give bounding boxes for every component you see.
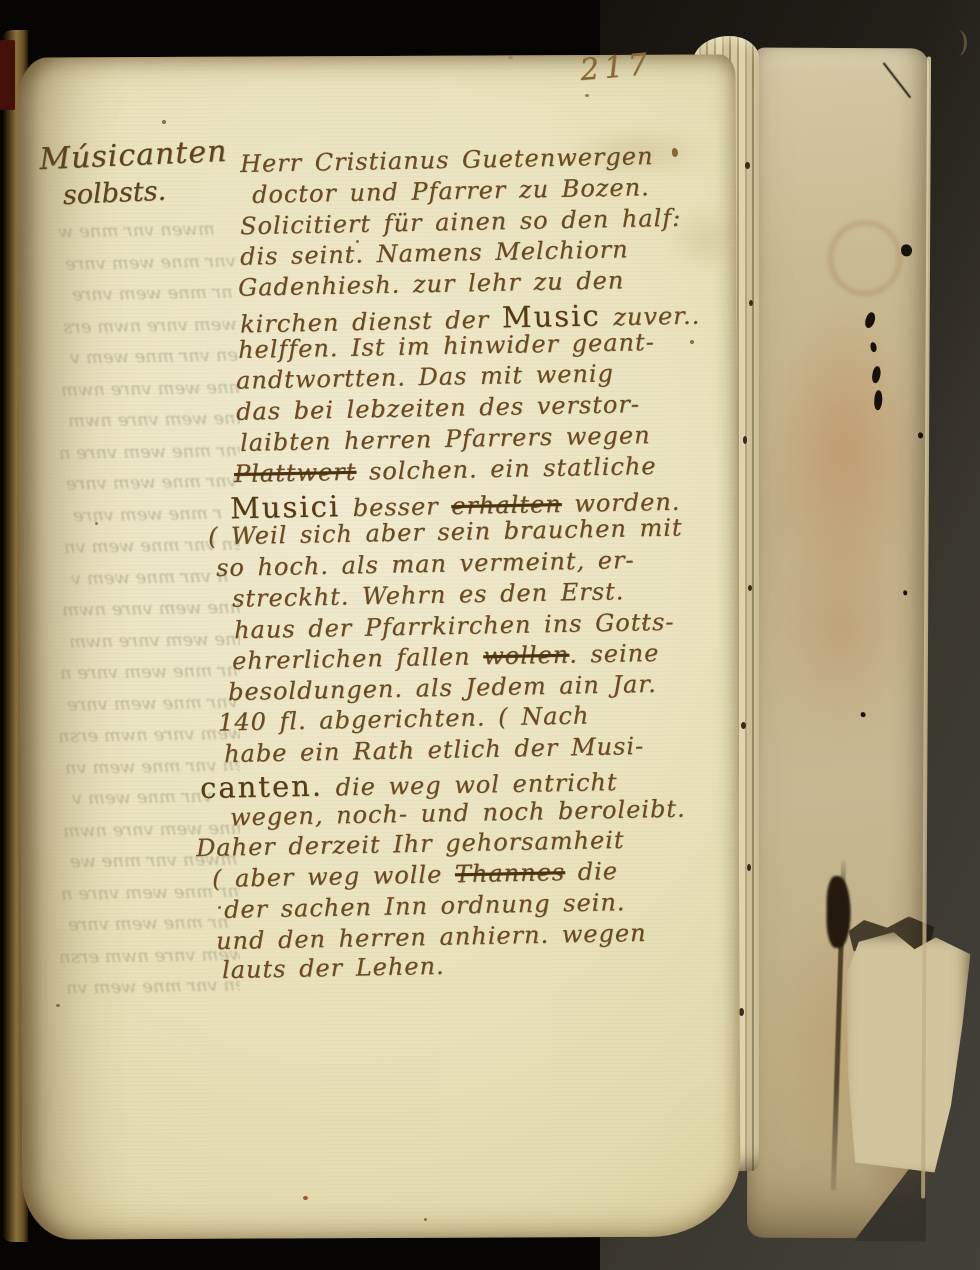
margin-note-line: Músicanten xyxy=(39,134,229,177)
manuscript-scan: mwen vnr mne wn vnr mne wem vnre nr mne … xyxy=(0,0,980,1270)
bleedthrough-line: vnr mne wem v xyxy=(72,786,213,809)
margin-note: Músicanten solbsts. xyxy=(39,134,230,212)
bleedthrough-line: mwen vnr mne w xyxy=(58,220,215,242)
bleedthrough-line: vnr mne wem vnre xyxy=(67,691,238,715)
ink-speck xyxy=(918,432,923,438)
foxing-spot xyxy=(642,622,645,625)
page-edge-fleck xyxy=(748,585,752,591)
bleedthrough-line: mne wem vnre nwm ersn xyxy=(59,942,240,967)
cover-stain xyxy=(770,518,911,739)
foxing-spot xyxy=(218,906,221,909)
bleedthrough-line: nr mne wem vnre xyxy=(72,282,233,306)
bleedthrough-text: mwen vnr mne wn vnr mne wem vnre nr mne … xyxy=(58,220,240,1025)
page-edge-fleck xyxy=(743,436,747,444)
bleedthrough-line: mne wem vnre nwm xyxy=(68,407,240,431)
page-edge-fleck xyxy=(741,722,746,729)
foxing-spot xyxy=(585,94,589,97)
cover-corner-crease xyxy=(883,62,911,98)
bleedthrough-line: vnr mne wem vnre xyxy=(66,471,237,495)
foxing-spot xyxy=(424,1218,427,1221)
bleedthrough-line: n vnr mne wem v xyxy=(71,565,229,589)
page-edge-fleck xyxy=(745,162,750,169)
bleedthrough-line: wen vnr mne wem vnre n xyxy=(59,438,240,463)
page-edge-fleck xyxy=(747,864,751,871)
foxing-spot xyxy=(356,240,359,243)
foxing-spot xyxy=(690,340,694,344)
page-edge-fleck xyxy=(739,1008,744,1016)
foxing-spot xyxy=(95,522,98,525)
bleedthrough-line: mne wem vnre nwm ers xyxy=(63,313,240,338)
foxing-spot xyxy=(672,148,678,157)
cover-tear-hole xyxy=(826,876,850,948)
bleedthrough-line: mne wem vnre nwm xyxy=(69,628,240,652)
foxing-spot xyxy=(162,120,166,124)
bleedthrough-line: nr mne wem vnre xyxy=(68,912,229,936)
bleedthrough-line: nr mne wem vnre nwm xyxy=(62,596,240,621)
foxing-spot xyxy=(303,1196,308,1200)
foxing-spot xyxy=(508,56,513,59)
bleedthrough-line: n vnr mne wem vnre xyxy=(65,250,240,274)
page-number: 217 xyxy=(579,47,654,88)
foxing-spot xyxy=(56,1004,60,1007)
ink-speck xyxy=(903,590,907,595)
ink-speck xyxy=(901,244,912,256)
bleedthrough-line: mne wem vnre nwm ersn xyxy=(58,722,240,747)
bleedthrough-line: en vnr mne wem vnre n xyxy=(60,659,240,684)
manuscript-line: lauts der Lehen. xyxy=(222,952,445,984)
page-edge-fleck xyxy=(749,300,753,306)
bleedthrough-line: en vnr mne wem v xyxy=(70,345,238,369)
cover-corner-fragment xyxy=(0,40,15,110)
cover-ring-stain xyxy=(828,220,902,296)
book-back-cover xyxy=(747,48,929,1239)
ink-speck xyxy=(861,712,866,717)
bleedthrough-line: vnr mne wem vnre nwm xyxy=(61,376,240,401)
bleedthrough-line: en vnr mne wem vn xyxy=(66,974,240,998)
